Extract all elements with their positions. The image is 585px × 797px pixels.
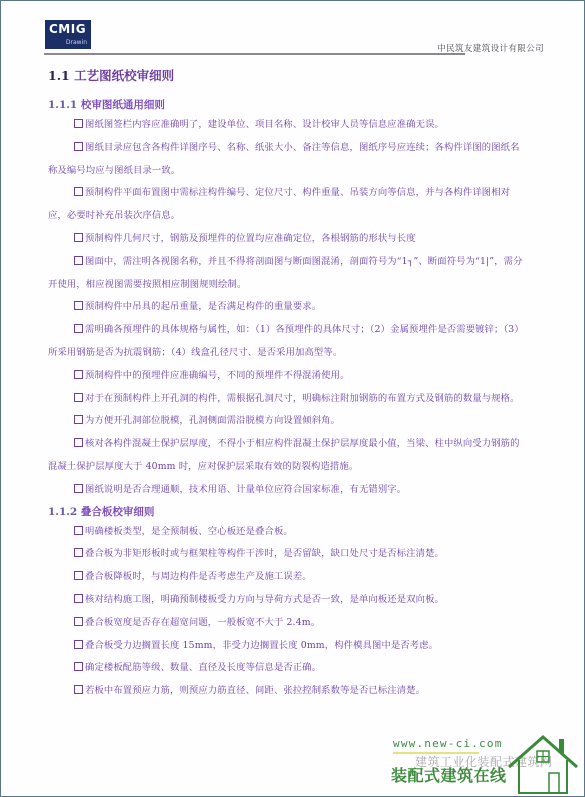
checklist-item: 对于在预制构件上开孔洞的构件，需根据孔洞尺寸，明确标注附加钢筋的布置方式及钢筋的… xyxy=(48,388,528,411)
checklist-item: 核对各构件混凝土保护层厚度，不得小于相应构件混凝土保护层厚度最小值，当梁、柱中纵… xyxy=(48,433,528,479)
checkbox-icon xyxy=(74,548,83,557)
checklist-item: 预制构件中的预埋件应准确编号，不同的预埋件不得混淆使用。 xyxy=(48,365,528,388)
subsection-title: 叠合板校审细则 xyxy=(81,506,155,518)
checkbox-icon xyxy=(74,142,83,151)
checkbox-icon xyxy=(74,256,83,265)
checkbox-icon xyxy=(74,571,83,580)
checklist-item: 图纸说明是否合理通顺，技术用语、计量单位应符合国家标准，有无错别字。 xyxy=(48,479,528,502)
section-number: 1.1 xyxy=(48,68,70,83)
section-heading: 1.1 工艺图纸校审细则 xyxy=(48,65,528,87)
house-icon xyxy=(505,733,581,795)
site-watermark: www.new-ci.com 建筑工业化装配式建筑网 装配式建筑在线 xyxy=(367,733,583,795)
checklist-item: 图纸目录应包含各构件详图序号、名称、纸张大小、备注等信息，图纸序号应连续；各构件… xyxy=(48,137,528,183)
checkbox-icon xyxy=(74,370,83,379)
checkbox-icon xyxy=(74,640,83,649)
watermark-url: www.new-ci.com xyxy=(393,737,503,750)
checkbox-icon xyxy=(74,526,83,535)
checklist-item: 明确楼板类型，是全预制板、空心板还是叠合板。 xyxy=(48,521,528,544)
logo-sub-text: Drawin xyxy=(66,39,87,47)
checklist-item: 预制构件几何尺寸，钢筋及预埋件的位置均应准确定位，各根钢筋的形状与长度 xyxy=(48,228,528,251)
document-page: CMIG Drawin 中民筑友建筑设计有限公司 1.1 工艺图纸校审细则 1.… xyxy=(0,0,585,797)
checkbox-icon xyxy=(74,119,83,128)
page-header: CMIG Drawin 中民筑友建筑设计有限公司 xyxy=(45,20,465,55)
checkbox-icon xyxy=(74,685,83,694)
checkbox-icon xyxy=(74,438,83,447)
checklist-item: 图纸图签栏内容应准确明了，建设单位、项目名称、设计校审人员等信息应准确无误。 xyxy=(48,114,528,137)
checklist-item: 预制构件平面布置图中需标注构件编号、定位尺寸、构件重量、吊装方向等信息，并与各构… xyxy=(48,182,528,228)
checkbox-icon xyxy=(74,484,83,493)
checkbox-icon xyxy=(74,301,83,310)
checklist-item: 为方便开孔洞部位脱模，孔洞侧面需沿脱模方向设置倾斜角。 xyxy=(48,410,528,433)
checklist-item: 叠合板为非矩形板时或与框架柱等构件干涉时，是否留缺，缺口处尺寸是否标注清楚。 xyxy=(48,543,528,566)
checklist-item: 若板中布置预应力筋，则预应力筋直径、间距、张拉控制系数等是否已标注清楚。 xyxy=(48,680,528,703)
checkbox-icon xyxy=(74,233,83,242)
checklist-item: 预制构件中吊具的起吊重量，是否满足构件的重量要求。 xyxy=(48,296,528,319)
checkbox-icon xyxy=(74,415,83,424)
header-divider xyxy=(44,53,465,55)
checklist-item: 需明确各预埋件的具体规格与属性，如：（1）各预埋件的具体尺寸；（2）金属预埋件是… xyxy=(48,319,528,365)
company-logo: CMIG Drawin xyxy=(45,20,91,49)
checklist-item: 叠合板降板时，与周边构件是否考虑生产及施工误差。 xyxy=(48,566,528,589)
checklist-item: 图面中，需注明各视图名称，并且不得将剖面图与断面图混淆，剖面符号为“1┐”、断面… xyxy=(48,251,528,297)
document-body: 1.1 工艺图纸校审细则 1.1.1 校审图纸通用细则 图纸图签栏内容应准确明了… xyxy=(48,65,528,703)
checkbox-icon xyxy=(74,324,83,333)
logo-main-text: CMIG xyxy=(49,22,86,36)
checklist-item: 核对结构施工图，明确预制楼板受力方向与导荷方式是否一致，是单向板还是双向板。 xyxy=(48,589,528,612)
subsection-heading: 1.1.2 叠合板校审细则 xyxy=(48,504,528,520)
checkbox-icon xyxy=(74,662,83,671)
subsection-heading: 1.1.1 校审图纸通用细则 xyxy=(48,97,528,113)
checklist-item: 叠合板宽度是否存在超宽问题，一般板宽不大于 2.4m。 xyxy=(48,612,528,635)
checkbox-icon xyxy=(74,594,83,603)
subsection-number: 1.1.2 xyxy=(48,506,77,518)
subsection-title: 校审图纸通用细则 xyxy=(81,99,165,111)
checkbox-icon xyxy=(74,393,83,402)
watermark-brand: 装配式建筑在线 xyxy=(391,763,507,786)
checklist-item: 确定楼板配筋等级、数量、直径及长度等信息是否正确。 xyxy=(48,657,528,680)
section-title: 工艺图纸校审细则 xyxy=(74,68,174,83)
subsection-number: 1.1.1 xyxy=(48,99,77,111)
checkbox-icon xyxy=(74,187,83,196)
checkbox-icon xyxy=(74,617,83,626)
checklist-item: 叠合板受力边搁置长度 15mm，非受力边搁置长度 0mm，构件模具图中是否考虑。 xyxy=(48,635,528,658)
